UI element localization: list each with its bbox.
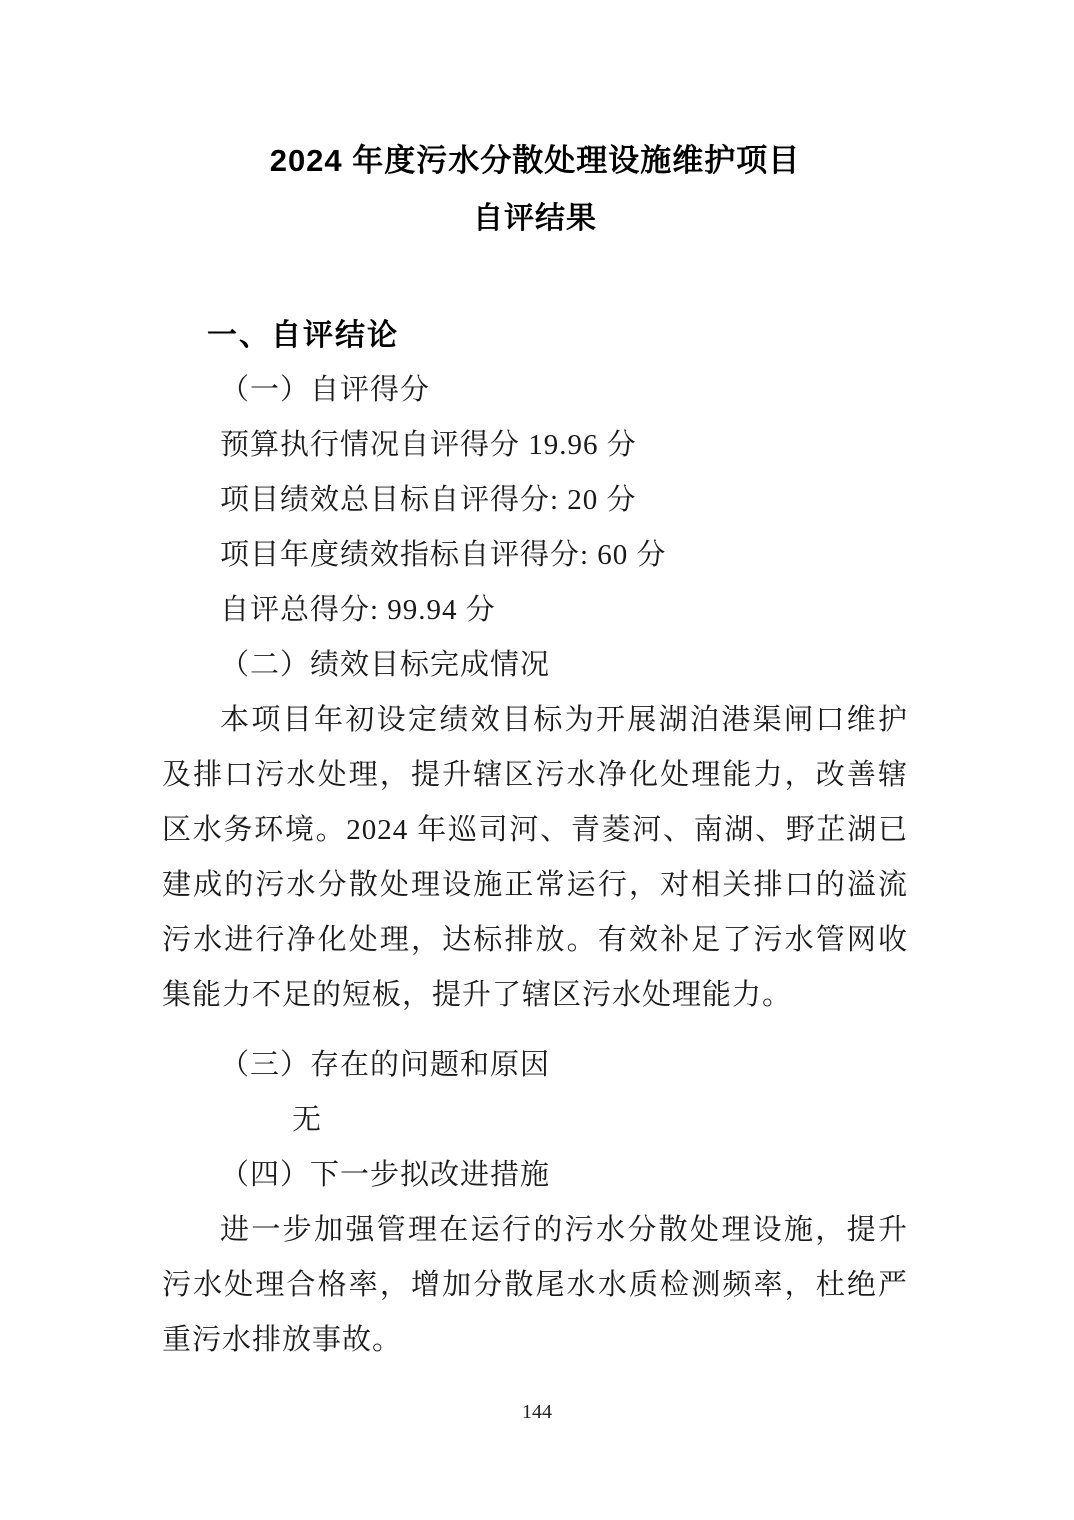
score-line-budget-execution: 预算执行情况自评得分 19.96 分 — [162, 418, 908, 473]
subheading-self-score: （一）自评得分 — [162, 363, 908, 418]
subheading-problems: （三）存在的问题和原因 — [162, 1038, 908, 1093]
score-line-annual-indicators: 项目年度绩效指标自评得分: 60 分 — [162, 528, 908, 583]
paragraph-goal-completion: 本项目年初设定绩效目标为开展湖泊港渠闸口维护及排口污水处理，提升辖区污水净化处理… — [162, 693, 908, 1023]
subheading-goal-completion: （二）绩效目标完成情况 — [162, 638, 908, 693]
page-number: 144 — [0, 1398, 1074, 1426]
document-title-line2: 自评结果 — [162, 190, 908, 248]
document-page: 2024 年度污水分散处理设施维护项目 自评结果 一、自评结论 （一）自评得分 … — [0, 0, 1074, 1520]
score-line-total: 自评总得分: 99.94 分 — [162, 583, 908, 638]
section-heading-conclusion: 一、自评结论 — [162, 308, 908, 363]
score-line-overall-goal: 项目绩效总目标自评得分: 20 分 — [162, 473, 908, 528]
document-content: 2024 年度污水分散处理设施维护项目 自评结果 一、自评结论 （一）自评得分 … — [162, 0, 908, 1368]
document-title-line1: 2024 年度污水分散处理设施维护项目 — [162, 132, 908, 190]
answer-none: 无 — [162, 1093, 908, 1148]
paragraph-improvements: 进一步加强管理在运行的污水分散处理设施，提升污水处理合格率，增加分散尾水水质检测… — [162, 1203, 908, 1368]
subheading-improvements: （四）下一步拟改进措施 — [162, 1148, 908, 1203]
